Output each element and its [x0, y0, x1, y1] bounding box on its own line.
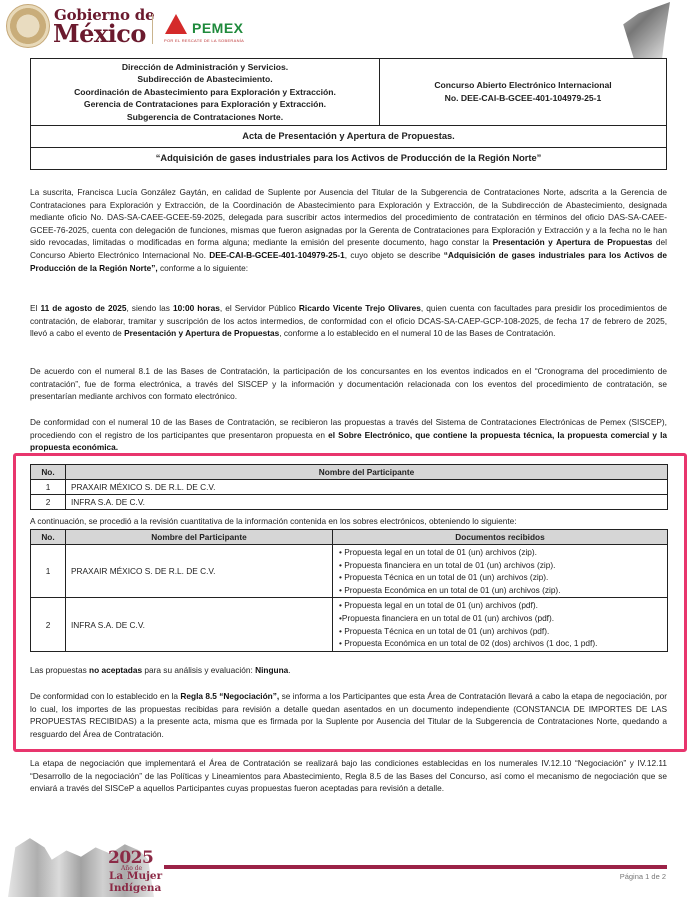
paragraph-event: El 11 de agosto de 2025, siendo las 10:0… — [30, 302, 667, 340]
document-header-table: Dirección de Administración y Servicios.… — [30, 58, 667, 170]
participant-no: 1 — [31, 545, 66, 598]
office-line: Subdirección de Abastecimiento. — [31, 73, 379, 86]
documents-received-table: No. Nombre del Participante Documentos r… — [30, 529, 668, 652]
footer-slogan-line1: La Mujer — [109, 870, 162, 882]
office-line: Gerencia de Contrataciones para Explorac… — [31, 98, 379, 111]
participant-name: PRAXAIR MÉXICO S. DE R.L. DE C.V. — [66, 545, 333, 598]
tender-type: Concurso Abierto Electrónico Internacion… — [380, 79, 666, 92]
document-item: • Propuesta Económica en un total de 01 … — [339, 584, 661, 597]
gobierno-logo-line2: México — [53, 19, 146, 48]
mexico-seal-logo — [6, 4, 50, 48]
document-item: • Propuesta Técnica en un total de 01 (u… — [339, 571, 661, 584]
document-subtitle: “Adquisición de gases industriales para … — [31, 148, 667, 170]
participant-no: 1 — [31, 480, 66, 495]
paragraph-numeral-8-1: De acuerdo con el numeral 8.1 de las Bas… — [30, 365, 667, 403]
participant-name: PRAXAIR MÉXICO S. DE R.L. DE C.V. — [66, 480, 668, 495]
page-number: Página 1 de 2 — [620, 872, 666, 881]
tender-id-block: Concurso Abierto Electrónico Internacion… — [380, 59, 667, 126]
office-line: Dirección de Administración y Servicios. — [31, 61, 379, 74]
footer-rule — [164, 865, 667, 869]
document-item: •Propuesta financiera en un total de 01 … — [339, 612, 661, 625]
document-item: • Propuesta Económica en un total de 02 … — [339, 637, 661, 650]
paragraph-negotiation: De conformidad con lo establecido en la … — [30, 690, 667, 740]
document-item: • Propuesta legal en un total de 01 (un)… — [339, 599, 661, 612]
pemex-tagline: POR EL RESCATE DE LA SOBERANÍA — [164, 38, 244, 43]
column-header-participant: Nombre del Participante — [66, 465, 668, 480]
pemex-flame-icon — [165, 14, 187, 34]
table2-intro: A continuación, se procedió a la revisió… — [30, 515, 667, 528]
pemex-logo-text: PEMEX — [192, 20, 244, 36]
table-row: 1 PRAXAIR MÉXICO S. DE R.L. DE C.V. — [31, 480, 668, 495]
participant-no: 2 — [31, 598, 66, 651]
paragraph-intro: La suscrita, Francisca Lucía González Ga… — [30, 186, 667, 274]
paragraph-closing: La etapa de negociación que implementará… — [30, 757, 667, 795]
column-header-no: No. — [31, 530, 66, 545]
document-title: Acta de Presentación y Apertura de Propu… — [31, 126, 667, 148]
tender-number: No. DEE-CAI-B-GCEE-401-104979-25-1 — [380, 92, 666, 105]
rejected-proposals: Las propuestas no aceptadas para su anál… — [30, 664, 667, 677]
heroine-flag-illustration — [618, 2, 670, 58]
documents-list: • Propuesta legal en un total de 01 (un)… — [333, 545, 668, 598]
issuing-office-block: Dirección de Administración y Servicios.… — [31, 59, 380, 126]
document-item: • Propuesta financiera en un total de 01… — [339, 559, 661, 572]
column-header-no: No. — [31, 465, 66, 480]
document-item: • Propuesta legal en un total de 01 (un)… — [339, 546, 661, 559]
paragraph-numeral-10: De conformidad con el numeral 10 de las … — [30, 416, 667, 454]
logo-divider — [152, 14, 153, 44]
table-row: 1 PRAXAIR MÉXICO S. DE R.L. DE C.V. • Pr… — [31, 545, 668, 598]
column-header-participant: Nombre del Participante — [66, 530, 333, 545]
office-line: Subgerencia de Contrataciones Norte. — [31, 111, 379, 124]
participants-table: No. Nombre del Participante 1 PRAXAIR MÉ… — [30, 464, 668, 510]
documents-list: • Propuesta legal en un total de 01 (un)… — [333, 598, 668, 651]
document-item: • Propuesta Técnica en un total de 01 (u… — [339, 625, 661, 638]
participant-name: INFRA S.A. DE C.V. — [66, 598, 333, 651]
participant-name: INFRA S.A. DE C.V. — [66, 495, 668, 510]
table-row: 2 INFRA S.A. DE C.V. — [31, 495, 668, 510]
office-line: Coordinación de Abastecimiento para Expl… — [31, 86, 379, 99]
footer-slogan-line2: Indígena — [109, 882, 161, 894]
participant-no: 2 — [31, 495, 66, 510]
table-row: 2 INFRA S.A. DE C.V. • Propuesta legal e… — [31, 598, 668, 651]
column-header-documents: Documentos recibidos — [333, 530, 668, 545]
